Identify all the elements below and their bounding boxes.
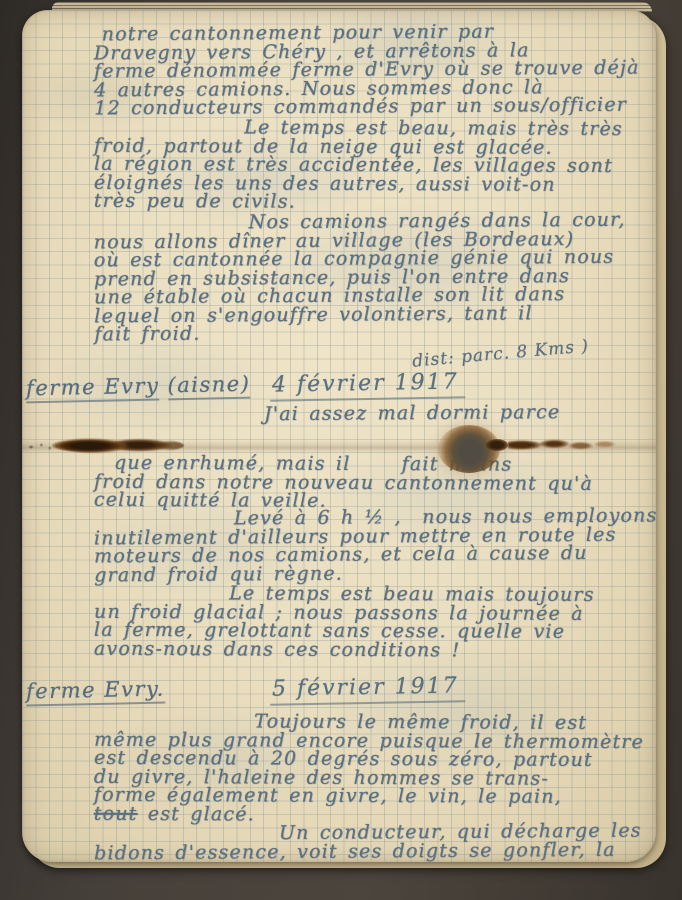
location-label: ferme Evry. xyxy=(26,676,165,706)
handwriting-layer: notre cantonnement pour venir parDravegn… xyxy=(22,10,656,862)
entry-header: ferme Evry.5 février 1917 xyxy=(22,664,656,704)
paragraph: notre cantonnement pour venir parDravegn… xyxy=(22,21,656,118)
paragraph: Le temps est beau mais toujoursun froid … xyxy=(22,583,656,660)
handwritten-line: 12 conducteurs commandés par un sous/off… xyxy=(22,95,656,118)
burn-mark-left xyxy=(52,437,184,454)
burn-mark-right xyxy=(508,438,618,452)
location-margin-note: ferme Evry. xyxy=(26,676,165,703)
notebook-page: notre cantonnement pour venir parDravegn… xyxy=(22,10,656,862)
location-suffix: (aisne) xyxy=(167,371,250,400)
paragraph: J'ai assez mal dormi parce xyxy=(22,402,656,425)
location-label: ferme Evry xyxy=(26,373,160,403)
entry-header: ferme Evry (aisne)4 février 1917dist: pa… xyxy=(22,348,656,400)
paragraph: Nos camions rangés dans la cour,nous all… xyxy=(22,210,656,344)
handwritten-line: J'ai assez mal dormi parce xyxy=(22,402,656,425)
handwritten-line: grand froid qui règne. xyxy=(22,561,656,584)
paragraph: Le temps est beau, mais très trèsfroid, … xyxy=(22,117,656,212)
entry-date: 5 février 1917 xyxy=(270,673,465,705)
paragraph: Levé à 6 h ½ , nous nous employonsinutil… xyxy=(22,506,656,584)
paragraph: que enrhumé, mais il fait moinsfroid dan… xyxy=(22,453,656,511)
paragraph: Toujours le même froid, il estmême plus … xyxy=(22,711,656,825)
paragraph: Un conducteur, qui décharge lesbidons d'… xyxy=(22,821,656,862)
handwritten-line: bidons d'essence, voit ses doigts se gon… xyxy=(22,839,656,862)
struck-word: tout xyxy=(94,802,138,824)
location-margin-note: ferme Evry (aisne) xyxy=(26,371,251,400)
entry-date: 4 février 1917 xyxy=(270,369,465,401)
burn-stain-spot xyxy=(438,425,500,473)
